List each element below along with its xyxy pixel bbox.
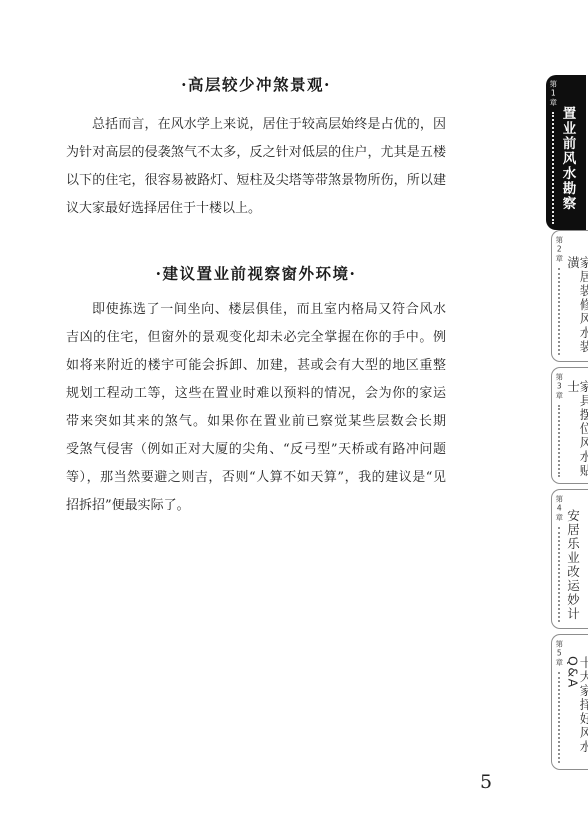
dotted-divider (558, 672, 560, 763)
text-line: 如将来附近的楼宇可能会拆卸、加建，甚或会有大型的地区重整 (66, 352, 446, 380)
dotted-divider (552, 112, 554, 224)
tab-left-column: 第3章 (552, 368, 566, 483)
text-line: 总括而言，在风水学上来说，居住于较高层始终是占优的，因 (66, 111, 446, 139)
tab-left-column: 第1章 (546, 75, 560, 230)
chapter-number-label: 第2章 (555, 236, 563, 263)
text-line: 吉凶的住宅，但窗外的景观变化却未必完全掌握在你的手中。例 (66, 324, 446, 352)
tab-left-column: 第5章 (552, 635, 566, 769)
text-line: 带来突如其来的煞气。如果你在置业前已察觉某些层数会长期 (66, 408, 446, 436)
dotted-divider (558, 527, 560, 622)
chapter-title: 家具摆位风水贴士 (566, 380, 588, 483)
sidebar-tab-chapter-3[interactable]: 第3章 家具摆位风水贴士 (551, 367, 588, 484)
text-line: 等），那当然要避之则吉，否则“人算不如天算”，我的建议是“见 (66, 464, 446, 492)
chapter-title: 十大家择好风水Q&A (566, 656, 588, 769)
sidebar-tab-chapter-5[interactable]: 第5章 十大家择好风水Q&A (551, 634, 588, 770)
book-page: ·高层较少冲煞景观· 总括而言，在风水学上来说，居住于较高层始终是占优的，因 为… (0, 0, 588, 814)
section-heading-2: ·建议置业前视察窗外环境· (66, 263, 446, 285)
sidebar-tab-chapter-4[interactable]: 第4章 安居乐业改运妙计 (551, 489, 588, 629)
text-line: 规划工程动工等，这些在置业时难以预料的情况，会为你的家运 (66, 380, 446, 408)
paragraph-1: 总括而言，在风水学上来说，居住于较高层始终是占优的，因 为针对高层的侵袭煞气不太… (66, 111, 446, 223)
chapter-number-label: 第3章 (555, 373, 563, 400)
paragraph-2: 即使拣选了一间坐向、楼层俱佳，而且室内格局又符合风水 吉凶的住宅，但窗外的景观变… (66, 296, 446, 520)
text-line: 受煞气侵害（例如正对大厦的尖角、“反弓型”天桥或有路冲问题 (66, 436, 446, 464)
section-heading-1: ·高层较少冲煞景观· (66, 74, 446, 96)
text-line: 招拆招”便最实际了。 (66, 492, 446, 520)
chapter-title: 置业前风水勘察 (560, 106, 574, 230)
page-number: 5 (480, 771, 492, 793)
sidebar-tab-chapter-1[interactable]: 第1章 置业前风水勘察 (546, 75, 586, 230)
chapter-number-label: 第1章 (549, 80, 557, 107)
dotted-divider (558, 405, 560, 477)
chapter-number-label: 第4章 (555, 495, 563, 522)
tab-left-column: 第2章 (552, 231, 566, 361)
chapter-title: 家居装修风水装潢 (566, 256, 588, 361)
chapter-title: 安居乐业改运妙计 (566, 509, 579, 628)
tab-left-column: 第4章 (552, 490, 566, 628)
text-line: 以下的住宅，很容易被路灯、短柱及尖塔等带煞景物所伤，所以建 (66, 167, 446, 195)
text-line: 即使拣选了一间坐向、楼层俱佳，而且室内格局又符合风水 (66, 296, 446, 324)
chapter-number-label: 第5章 (555, 640, 563, 667)
text-line: 议大家最好选择居住于十楼以上。 (66, 195, 446, 223)
sidebar-tab-chapter-2[interactable]: 第2章 家居装修风水装潢 (551, 230, 588, 362)
dotted-divider (558, 268, 560, 355)
text-line: 为针对高层的侵袭煞气不太多，反之针对低层的住户，尤其是五楼 (66, 139, 446, 167)
